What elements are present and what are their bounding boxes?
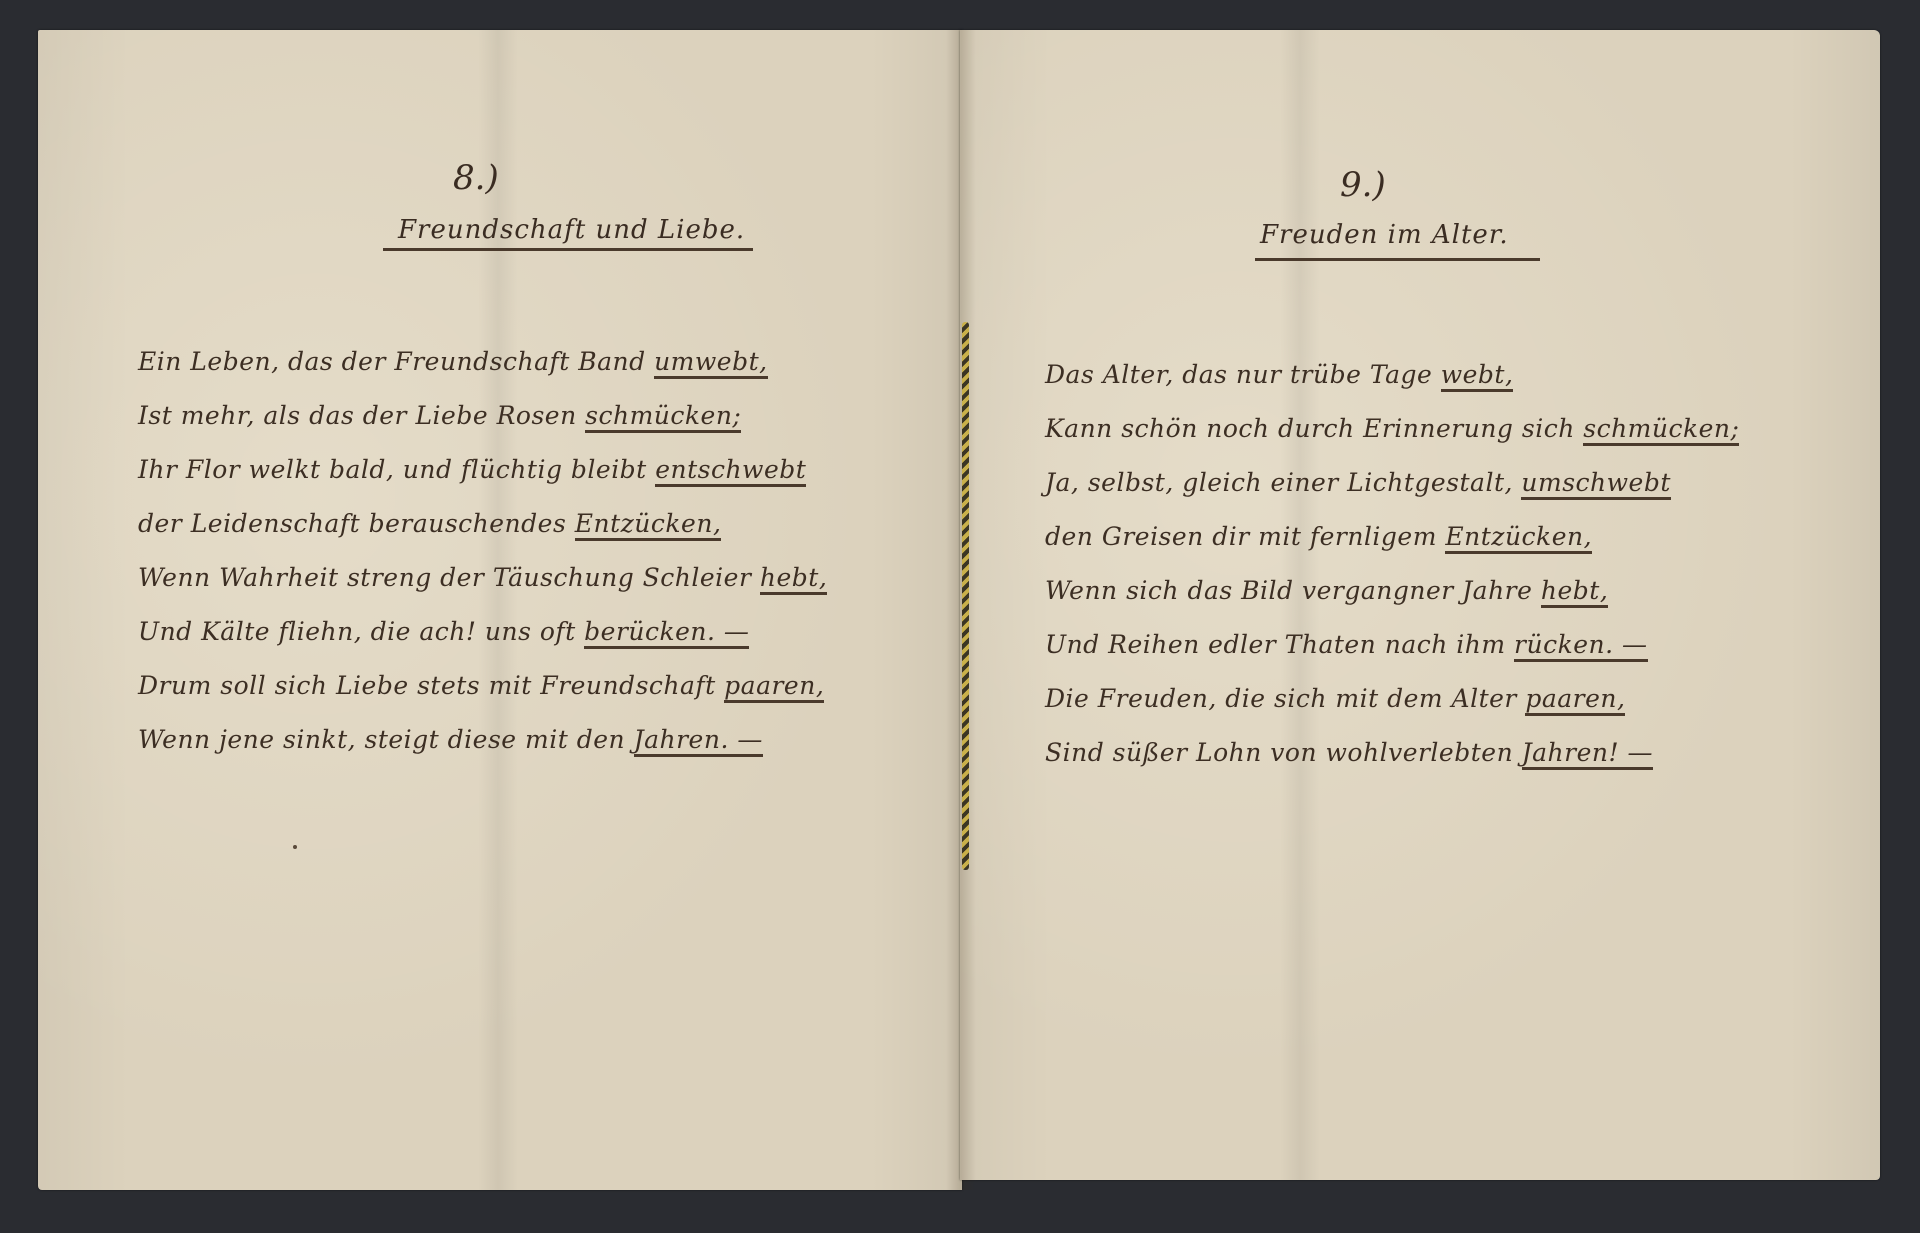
poem-body: Das Alter, das nur trübe Tage webt, Kann… — [1045, 348, 1739, 780]
poem-line: Wenn Wahrheit streng der Täuschung Schle… — [138, 551, 827, 605]
underlined-rhyme-word: schmücken; — [1583, 414, 1739, 446]
underlined-rhyme-word: entschwebt — [655, 455, 806, 487]
poem-title: Freuden im Alter. — [1260, 220, 1509, 250]
underlined-rhyme-word: berücken. — — [584, 617, 749, 649]
underlined-rhyme-word: hebt, — [760, 563, 827, 595]
poem-line: Ist mehr, als das der Liebe Rosen schmüc… — [138, 389, 827, 443]
underlined-rhyme-word: Jahren! — — [1522, 738, 1653, 770]
poem-number: 9.) — [1340, 165, 1386, 205]
poem-line: Und Reihen edler Thaten nach ihm rücken.… — [1045, 618, 1739, 672]
underlined-rhyme-word: Entzücken, — [1445, 522, 1592, 554]
underlined-rhyme-word: webt, — [1441, 360, 1514, 392]
underlined-rhyme-word: umschwebt — [1521, 468, 1670, 500]
right-page: 9.) Freuden im Alter. Das Alter, das nur… — [960, 30, 1880, 1180]
poem-line: der Leidenschaft berauschendes Entzücken… — [138, 497, 827, 551]
underlined-rhyme-word: umwebt, — [654, 347, 768, 379]
poem-line: Ihr Flor welkt bald, und flüchtig bleibt… — [138, 443, 827, 497]
underlined-rhyme-word: Jahren. — — [634, 725, 763, 757]
underlined-rhyme-word: rücken. — — [1514, 630, 1648, 662]
underlined-rhyme-word: hebt, — [1541, 576, 1608, 608]
spine-shadow — [946, 30, 976, 1190]
underlined-rhyme-word: schmücken; — [585, 401, 741, 433]
underlined-rhyme-word: paaren, — [1525, 684, 1625, 716]
poem-title: Freundschaft und Liebe. — [398, 215, 745, 245]
left-page: 8.) Freundschaft und Liebe. Ein Leben, d… — [38, 30, 962, 1190]
poem-line: den Greisen dir mit fernligem Entzücken, — [1045, 510, 1739, 564]
poem-line: Die Freuden, die sich mit dem Alter paar… — [1045, 672, 1739, 726]
underlined-rhyme-word: paaren, — [724, 671, 824, 703]
poem-line: Das Alter, das nur trübe Tage webt, — [1045, 348, 1739, 402]
poem-line: Wenn jene sinkt, steigt diese mit den Ja… — [138, 713, 827, 767]
ink-dot — [293, 845, 297, 849]
poem-body: Ein Leben, das der Freundschaft Band umw… — [138, 335, 827, 767]
poem-line: Wenn sich das Bild vergangner Jahre hebt… — [1045, 564, 1739, 618]
poem-line: Drum soll sich Liebe stets mit Freundsch… — [138, 659, 827, 713]
poem-number: 8.) — [453, 158, 499, 198]
title-underline — [383, 248, 753, 251]
poem-line: Ja, selbst, gleich einer Lichtgestalt, u… — [1045, 456, 1739, 510]
poem-line: Ein Leben, das der Freundschaft Band umw… — [138, 335, 827, 389]
underlined-rhyme-word: Entzücken, — [575, 509, 722, 541]
poem-line: Sind süßer Lohn von wohlverlebten Jahren… — [1045, 726, 1739, 780]
poem-line: Und Kälte fliehn, die ach! uns oft berüc… — [138, 605, 827, 659]
poem-line: Kann schön noch durch Erinnerung sich sc… — [1045, 402, 1739, 456]
title-underline — [1255, 258, 1540, 261]
binding-cord — [962, 322, 969, 870]
